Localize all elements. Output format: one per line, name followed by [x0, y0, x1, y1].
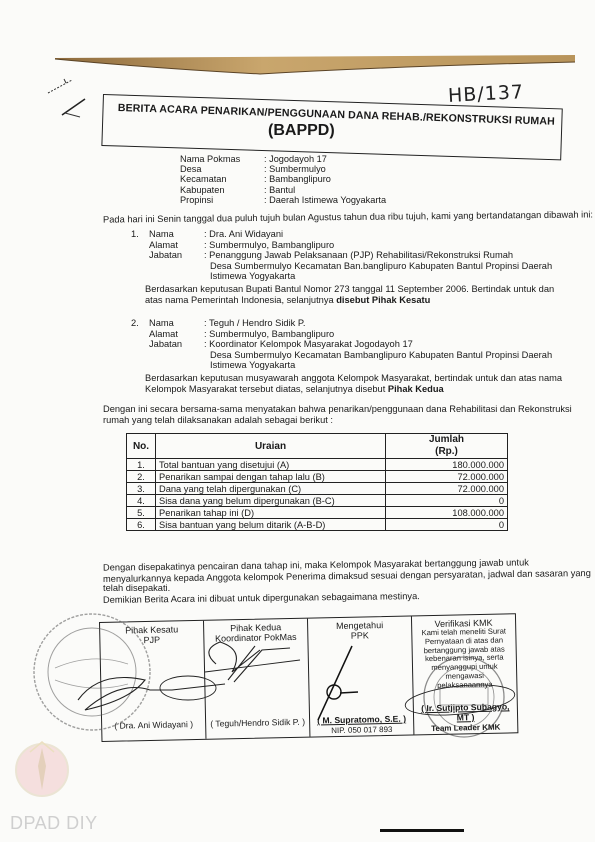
sig-name: ( Ir. Sutjipto Subagyo, MT ) [414, 701, 517, 723]
field-value-cont: Istimewa Yogyakarta [204, 360, 295, 371]
info-row: Propinsi: Daerah Istimewa Yogyakarta [180, 195, 386, 205]
info-value: : Bambanglipuro [264, 174, 331, 184]
header-no: No. [127, 434, 156, 459]
table-row: 3.Dana yang telah dipergunakan (C)72.000… [127, 483, 508, 495]
statement-line-2: rumah yang telah dilaksanakan adalah seb… [103, 415, 333, 426]
info-label: Desa [180, 164, 264, 174]
party-basis: Berdasarkan keputusan musyawarah anggota… [145, 373, 562, 384]
sig-note: menyanggupi untuk mengawasi [413, 662, 516, 682]
header-uraian: Uraian [156, 434, 386, 459]
info-row: Kecamatan: Bambanglipuro [180, 174, 386, 184]
row-uraian: Sisa dana yang belum dipergunakan (B-C) [156, 495, 386, 507]
info-label: Kabupaten [180, 185, 264, 195]
field-label: Nama [149, 229, 204, 240]
closing-line-3: telah disepakati. [103, 583, 170, 594]
table-row: 6.Sisa bantuan yang belum ditarik (A-B-D… [127, 519, 508, 531]
sig-role: PJP [100, 634, 203, 646]
info-row: Kabupaten: Bantul [180, 185, 386, 195]
signature-table: Pihak Kesatu PJP ( Dra. Ani Widayani ) P… [99, 613, 518, 742]
watermark-text: DPAD DIY [10, 813, 98, 834]
row-no: 4. [127, 495, 156, 507]
field-value: : Penanggung Jawab Pelaksanaan (PJP) Reh… [204, 250, 513, 261]
row-jumlah: 72.000.000 [386, 483, 508, 495]
table-row: 4.Sisa dana yang belum dipergunakan (B-C… [127, 495, 508, 507]
row-no: 5. [127, 507, 156, 519]
party-2: 2.Nama: Teguh / Hendro Sidik P. Alamat: … [131, 318, 562, 394]
sig-nip: NIP. 050 017 893 [310, 724, 413, 736]
document-subtitle: (BAPPD) [268, 122, 335, 140]
field-value: : Dra. Ani Widayani [204, 229, 283, 240]
party-basis: Kelompok Masyarakat tersebut diatas, sel… [145, 384, 388, 394]
table-row: 5.Penarikan tahap ini (D)108.000.000 [127, 507, 508, 519]
row-uraian: Total bantuan yang disetujui (A) [156, 459, 386, 471]
info-row: Nama Pokmas: Jogodayoh 17 [180, 154, 386, 164]
row-jumlah: 0 [386, 519, 508, 531]
party-basis: atas nama Pemerintah Indonesia, selanjut… [145, 295, 336, 305]
info-label: Propinsi [180, 195, 264, 205]
row-jumlah: 0 [386, 495, 508, 507]
field-value-cont: Desa Sumbermulyo Kecamatan Bambanglipuro… [204, 350, 552, 361]
party-role: disebut Pihak Kesatu [336, 295, 430, 305]
party-number: 2. [131, 318, 149, 329]
intro-paragraph: Pada hari ini Senin tanggal dua puluh tu… [103, 209, 593, 225]
party-role: Pihak Kedua [388, 384, 444, 394]
field-value-cont: Istimewa Yogyakarta [204, 271, 295, 282]
table-row: 2.Penarikan sampai dengan tahap lalu (B)… [127, 471, 508, 483]
field-value: : Sumbermulyo, Bambanglipuro [204, 240, 334, 251]
field-label: Alamat [149, 329, 204, 340]
row-uraian: Penarikan sampai dengan tahap lalu (B) [156, 471, 386, 483]
signature-pihak-kesatu: Pihak Kesatu PJP ( Dra. Ani Widayani ) [100, 621, 206, 741]
crest-icon [16, 742, 68, 796]
sig-role: PPK [308, 629, 411, 641]
sig-name: ( Dra. Ani Widayani ) [102, 719, 205, 731]
signature-kmk: Verifikasi KMK Kami telah meneliti Surat… [412, 614, 517, 734]
info-row: Desa: Sumbermulyo [180, 164, 386, 174]
row-jumlah: 72.000.000 [386, 471, 508, 483]
info-value: : Bantul [264, 185, 295, 195]
signature-pihak-kedua: Pihak Kedua Koordinator PokMas ( Teguh/H… [204, 619, 310, 739]
field-value: : Koordinator Kelompok Masyarakat Jogoda… [204, 339, 413, 350]
field-label: Jabatan [149, 339, 204, 350]
party-basis: Berdasarkan keputusan Bupati Bantul Nomo… [145, 284, 554, 295]
field-label: Nama [149, 318, 204, 329]
field-value-cont: Desa Sumbermulyo Kecamatan Ban.banglipur… [204, 261, 552, 272]
field-label: Jabatan [149, 250, 204, 261]
field-value: : Teguh / Hendro Sidik P. [204, 318, 305, 329]
info-value: : Jogodayoh 17 [264, 154, 327, 164]
field-value: : Sumbermulyo, Bambanglipuro [204, 329, 334, 340]
statement-line-1: Dengan ini secara bersama-sama menyataka… [103, 404, 572, 415]
signature-ppk: Mengetahui PPK ( M. Supratomo, S.E. ) NI… [308, 616, 414, 736]
table-row: 1.Total bantuan yang disetujui (A)180.00… [127, 459, 508, 471]
row-no: 6. [127, 519, 156, 531]
field-label: Alamat [149, 240, 204, 251]
info-label: Kecamatan [180, 174, 264, 184]
row-uraian: Penarikan tahap ini (D) [156, 507, 386, 519]
row-jumlah: 180.000.000 [386, 459, 508, 471]
pokmas-info: Nama Pokmas: Jogodayoh 17 Desa: Sumbermu… [180, 154, 386, 205]
sig-note: pelaksanaannya [413, 680, 516, 691]
info-value: : Daerah Istimewa Yogyakarta [264, 195, 386, 205]
scan-edge-strip [0, 0, 595, 80]
party-1: 1.Nama: Dra. Ani Widayani Alamat: Sumber… [131, 229, 554, 305]
row-no: 3. [127, 483, 156, 495]
row-no: 1. [127, 459, 156, 471]
row-uraian: Sisa bantuan yang belum ditarik (A-B-D) [156, 519, 386, 531]
info-label: Nama Pokmas [180, 154, 264, 164]
row-jumlah: 108.000.000 [386, 507, 508, 519]
info-value: : Sumbermulyo [264, 164, 326, 174]
row-uraian: Dana yang telah dipergunakan (C) [156, 483, 386, 495]
sig-title: Team Leader KMK [414, 722, 517, 734]
sig-name: ( Teguh/Hendro Sidik P. ) [206, 717, 309, 729]
row-no: 2. [127, 471, 156, 483]
sig-role: Koordinator PokMas [204, 632, 307, 644]
fund-table: No. Uraian Jumlah(Rp.) 1.Total bantuan y… [126, 433, 508, 531]
header-jumlah: Jumlah(Rp.) [386, 434, 508, 459]
footer-bar [380, 829, 464, 832]
handwritten-reference: HB/137 [447, 81, 524, 107]
table-header-row: No. Uraian Jumlah(Rp.) [127, 434, 508, 459]
handwritten-marks [40, 75, 100, 135]
party-number: 1. [131, 229, 149, 240]
